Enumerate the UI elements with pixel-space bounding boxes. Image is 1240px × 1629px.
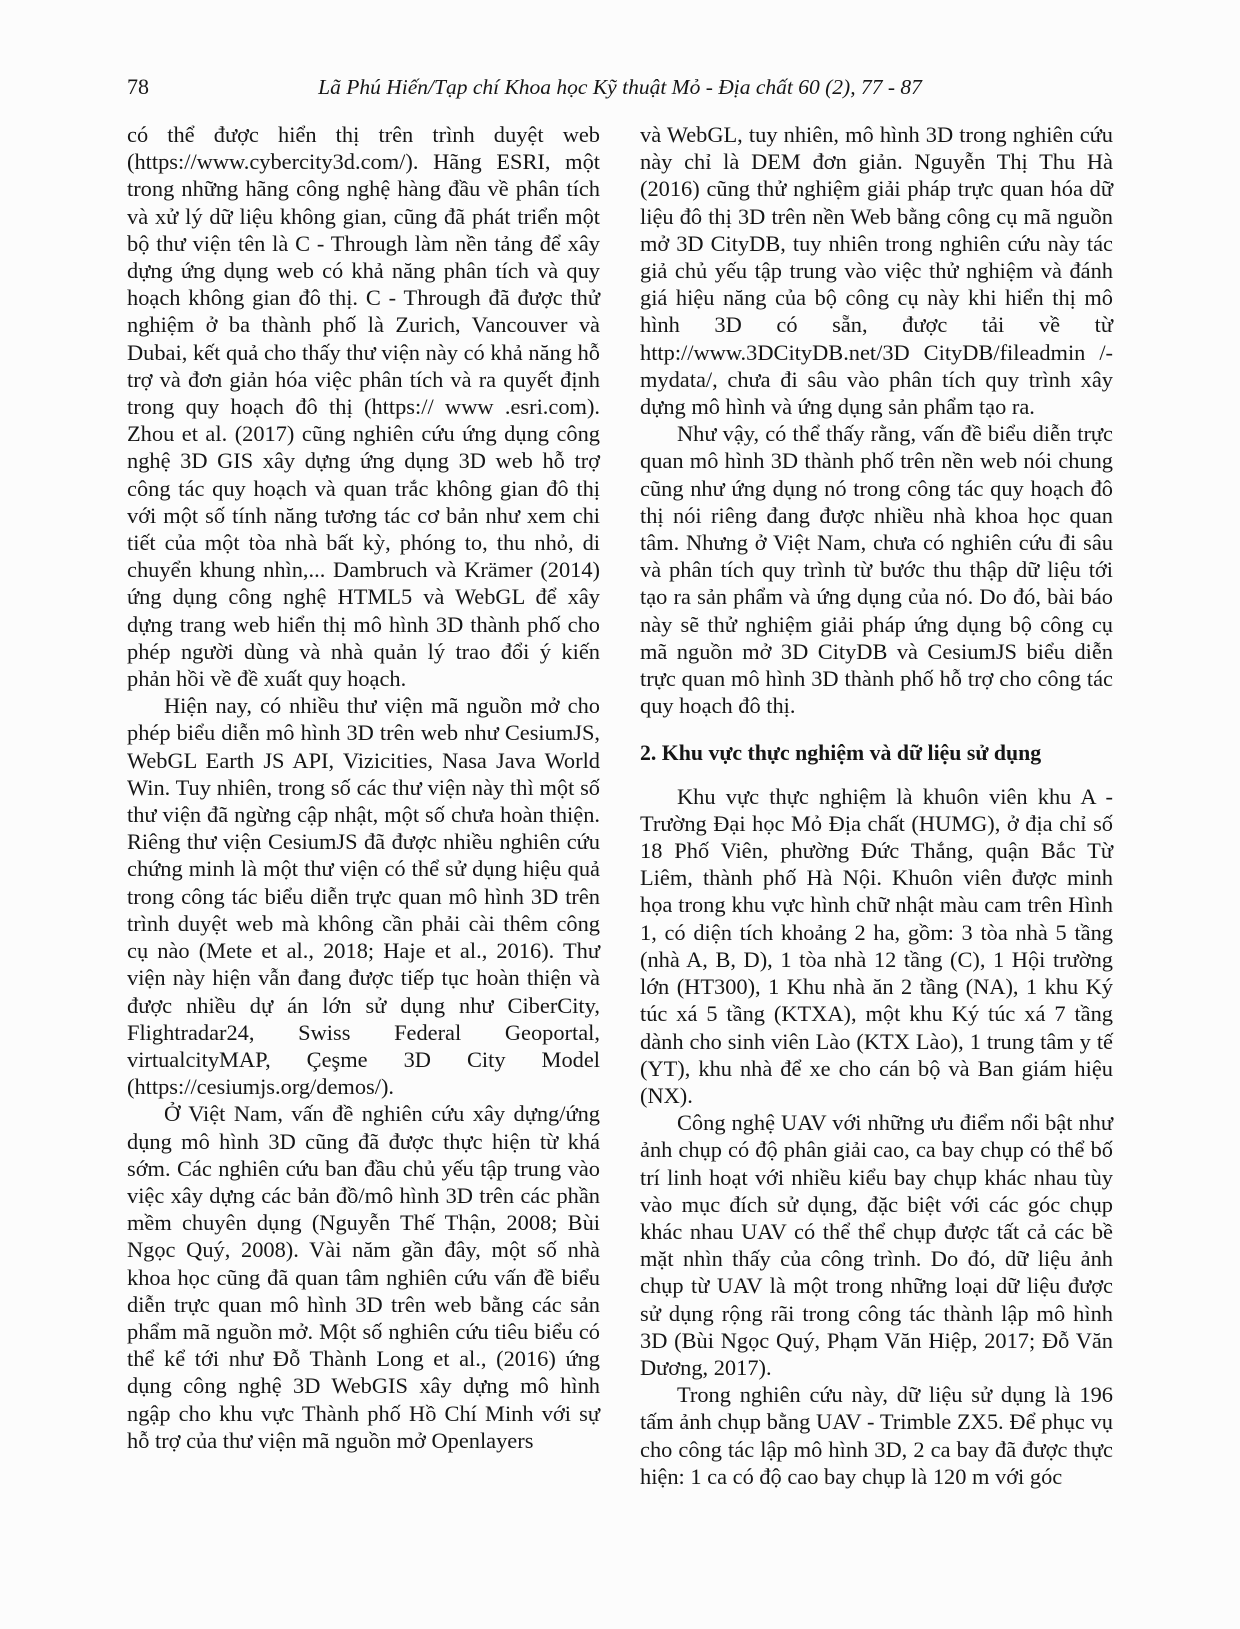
paragraph-vietnam-research: Ở Việt Nam, vấn đề nghiên cứu xây dựng/ứ… [127,1100,600,1454]
paragraph-uav-technology: Công nghệ UAV với những ưu điểm nổi bật … [640,1109,1113,1381]
paragraph-dataset: Trong nghiên cứu này, dữ liệu sử dụng là… [640,1381,1113,1490]
paper-page: 78 Lã Phú Hiến/Tạp chí Khoa học Kỹ thuật… [0,0,1240,1629]
two-column-body: có thể được hiển thị trên trình duyệt we… [127,121,1113,1490]
page-number: 78 [127,72,149,102]
paragraph-study-area: Khu vực thực nghiệm là khuôn viên khu A … [640,783,1113,1109]
running-title: Lã Phú Hiến/Tạp chí Khoa học Kỹ thuật Mỏ… [318,75,922,99]
paragraph-libraries: Hiện nay, có nhiều thư viện mã nguồn mở … [127,692,600,1100]
page-header: 78 Lã Phú Hiến/Tạp chí Khoa học Kỹ thuật… [127,72,1113,102]
left-column: có thể được hiển thị trên trình duyệt we… [127,121,600,1490]
right-column: và WebGL, tuy nhiên, mô hình 3D trong ng… [640,121,1113,1490]
section-heading: 2. Khu vực thực nghiệm và dữ liệu sử dụn… [640,740,1113,767]
paragraph-summary: Như vậy, có thể thấy rằng, vấn đề biểu d… [640,420,1113,719]
paragraph-intro-continuation: có thể được hiển thị trên trình duyệt we… [127,121,600,692]
paragraph-webgl-continuation: và WebGL, tuy nhiên, mô hình 3D trong ng… [640,121,1113,420]
